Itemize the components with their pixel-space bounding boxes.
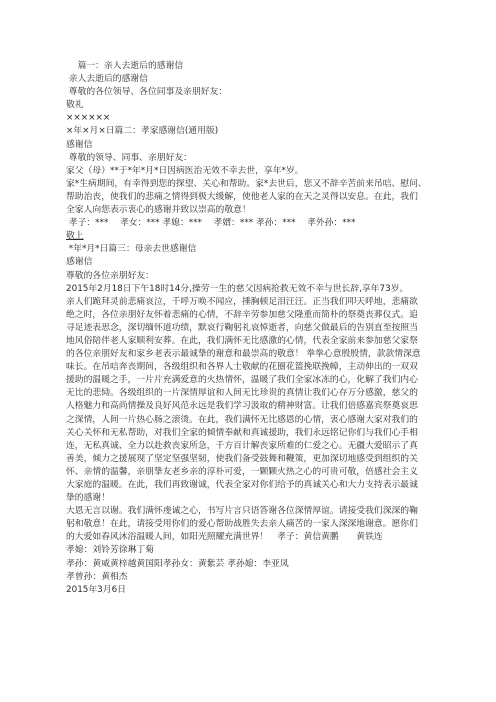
text-line: ×年×月×日篇二：孝家感谢信(通用版) xyxy=(66,125,441,138)
text-line: 帮助治丧，使我们的悲痛之情得到极大缓解，使他老人家的在天之灵得以安息。在此，我们 xyxy=(66,191,441,204)
text-line: 援助的温暖之手，一片片充满爱意的火热情怀，温暖了我们全家冰冻的心，化解了我们内心 xyxy=(66,374,441,387)
letter-text: 篇一：亲人去逝后的感谢信 亲人去逝后的感谢信 尊敬的各位领导、各位同事及亲朋好友… xyxy=(66,60,441,597)
text-line: 躬和敬意！在此，请接受用你们的爱心帮助战胜失去亲人痛苦的一家人深深地谢意。愿你们 xyxy=(66,518,441,531)
text-line: 的大爱如春风沐浴温暖人间，如阳光照耀充满世界！ 孝子：黄信黄鹏 黄铁连 xyxy=(66,531,441,544)
text-line: 亲人去逝后的感谢信 xyxy=(66,73,441,86)
text-line: 敬礼 xyxy=(66,99,441,112)
text-line: 家*生病期间，有幸得到您的探望、关心和帮助。家*去世后，您又不辞辛苦前来吊唁、慰… xyxy=(66,178,441,191)
text-line: 敬上 xyxy=(66,230,441,243)
text-line: 全家人向您表示衷心的感谢并致以崇高的敬意！ xyxy=(66,204,441,217)
document-page: 篇一：亲人去逝后的感谢信 亲人去逝后的感谢信 尊敬的各位领导、各位同事及亲朋好友… xyxy=(0,0,496,702)
text-line: 家父（母）**于*年*月*日因病医治无效不幸去世，享年*岁。 xyxy=(66,165,441,178)
text-line: 无比的悲恸。各级组织的一片深情厚谊和人间无比珍贵的真情让我们心存万分感激，慈父的 xyxy=(66,387,441,400)
text-line: 大恩无言以谢。我们满怀虔诚之心，书写片言只语答谢各位深情厚谊。请接受我们深深的鞠 xyxy=(66,505,441,518)
text-line: 味长。在吊唁奔丧期间，各级组织和各界人士敬献的花圈花篮挽联挽幛，主动伸出的一双双 xyxy=(66,361,441,374)
text-line: 人格魅力和高尚情操及良好风范永远是我们学习汲取的精神财富。让我们倍感嘉宾祭奠哀思 xyxy=(66,400,441,413)
text-line: 大家庭的温暖。在此，我们再致谢诚，代表全家对你们给予的真诚关心和大力支持表示最诚 xyxy=(66,479,441,492)
text-line: 尊敬的领导、同事、亲朋好友： xyxy=(66,152,441,165)
text-line: 孝曾孙：黄相杰 xyxy=(66,571,441,584)
text-line: *年*月*日篇三：母亲去世感谢信 xyxy=(66,243,441,256)
text-line: 尊敬的各位亲朋好友： xyxy=(66,270,441,283)
text-line: 的各位亲朋好友和家乡老表示最诚挚的谢意和最崇高的敬意！ 拳拳心意殷殷情，款款情深… xyxy=(66,348,441,361)
text-line: 孝子：*** 孝女：*** 孝媳：*** 孝婿：*** 孝孙：*** 孝外孙：*… xyxy=(66,217,441,230)
text-line: 篇一：亲人去逝后的感谢信 xyxy=(66,60,441,73)
text-line: 之深情，人间一片热心肠之滚烫。在此，我们满怀无比感恩的心情，衷心感谢大家对我们的 xyxy=(66,414,441,427)
text-line: ×××××× xyxy=(66,112,441,125)
text-line: 寻足迹表思念，深切缅怀道功绩，默哀行鞠躬礼哀悼逝者，向慈父做最后的告别直至按照当 xyxy=(66,322,441,335)
text-line: 孝孙：黄威黄梓越黄国阳孝孙女：黄紫芸 孝孙媳：李亚凤 xyxy=(66,558,441,571)
text-line: 尊敬的各位领导、各位同事及亲朋好友： xyxy=(66,86,441,99)
text-line: 地风俗陪伴老人家顺利安葬。在此，我们满怀无比感激的心情，代表全家前来参加慈父家祭 xyxy=(66,335,441,348)
text-line: 怀、亲情的温馨，亲朋挚友老乡亲的淳朴可爱，一颗颗火热之心的可贵可敬，倍感社会主义 xyxy=(66,466,441,479)
text-line: 善美，倾力之援展现了坚定坚强坚韧，使我们备受鼓舞和鞭策，更加深切地感受到组织的关 xyxy=(66,453,441,466)
text-line: 孝媳：刘铃芳徐琳丁菊 xyxy=(66,544,441,557)
text-line: 连，无私真诚、全力以赴救丧家所急，千方百计解丧家所难的仁爱之心。无疆大爱昭示了真 xyxy=(66,440,441,453)
text-line: 挚的感谢！ xyxy=(66,492,441,505)
text-line: 2015年3月6日 xyxy=(66,584,441,597)
text-line: 感谢信 xyxy=(66,139,441,152)
text-line: 亲人们跪拜灵前悲痛哀泣，千呼万唤不闻应，捶胸顿足泪汪汪。正当我们叩天呼地，悲痛欲 xyxy=(66,296,441,309)
text-line: 绝之时，各位亲朋好友怀着悲痛的心情，不辞辛劳参加慈父隆重而简朴的祭奠丧葬仪式。追 xyxy=(66,309,441,322)
text-line: 感谢信 xyxy=(66,256,441,269)
text-line: 2015年2月18日下午18时14分,操劳一生的慈父因病抢救无效不幸与世长辞,享… xyxy=(66,283,441,296)
text-line: 关心关怀和无私帮助，对我们全家的倾情奉献和真诚援助，我们永远铭记你们与我们心手相 xyxy=(66,427,441,440)
